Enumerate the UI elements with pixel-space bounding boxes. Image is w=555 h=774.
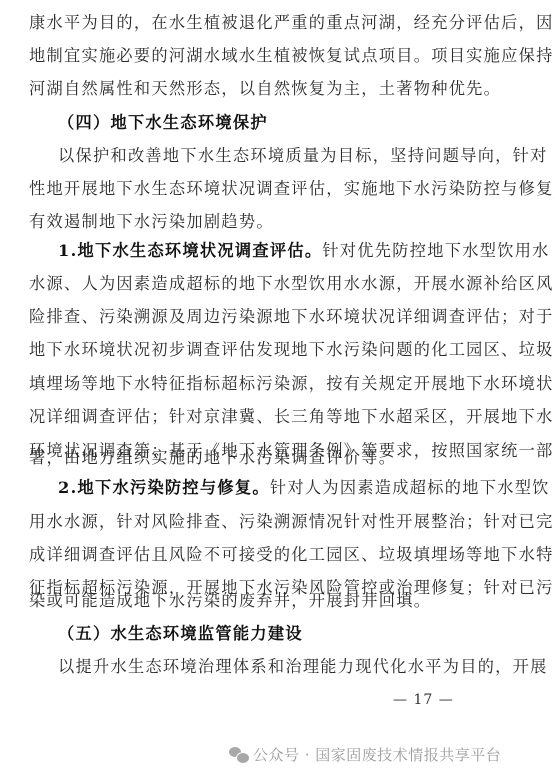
paragraph-line: 性地开展地下水生态环境状况调查评估，实施地下水污染防控与修复，: [29, 179, 459, 199]
page-number: — 17 —: [393, 692, 454, 708]
paragraph-line: 地制宜实施必要的河湖水域水生植被恢复试点项目。项目实施应保持: [29, 46, 459, 66]
document-page: 康水平为目的，在水生植被退化严重的重点河湖，经充分评估后，因 地制宜实施必要的河…: [0, 0, 555, 774]
item-2-first-line: 2.地下水污染防控与修复。针对人为因素造成超标的地下水型饮: [58, 478, 488, 498]
paragraph-line: 署，由地方组织实施的地下水污染调查评价等。: [29, 448, 459, 468]
paragraph-line: 以提升水生态环境治理体系和治理能力现代化水平为目的，开展: [58, 657, 488, 677]
paragraph-line: 地下水环境状况初步调查评估发现地下水污染问题的化工园区、垃圾: [29, 340, 459, 360]
watermark-text: 公众号 · 国家固废技术情报共享平台: [253, 744, 501, 765]
paragraph-line: 以保护和改善地下水生态环境质量为目标，坚持问题导向，针对: [58, 146, 488, 166]
watermark: 公众号 · 国家固废技术情报共享平台: [229, 744, 501, 765]
paragraph-line: 险排查、污染溯源及周边污染源地下水环境状况详细调查评估；对于: [29, 307, 459, 327]
paragraph-line: 康水平为目的，在水生植被退化严重的重点河湖，经充分评估后，因: [29, 13, 459, 33]
section-heading-4: （四）地下水生态环境保护: [58, 113, 488, 133]
paragraph-line: 况详细调查评估；针对京津冀、长三角等地下水超采区，开展地下水: [29, 407, 459, 427]
section-heading-5: （五）水生态环境监管能力建设: [58, 624, 488, 644]
wechat-icon: [229, 747, 249, 763]
paragraph-line: 用水水源，针对风险排查、污染溯源情况针对性开展整治；针对已完: [29, 512, 459, 532]
paragraph-line: 河湖自然属性和天然形态，以自然恢复为主，土著物种优先。: [29, 79, 459, 99]
paragraph-line: 染或可能造成地下水污染的废弃井，开展封井回填。: [29, 591, 459, 611]
paragraph-line: 有效遏制地下水污染加剧趋势。: [29, 212, 459, 232]
item-1-title: 1.地下水生态环境状况调查评估。: [58, 241, 322, 260]
item-1-first-line: 1.地下水生态环境状况调查评估。针对优先防控地下水型饮用水: [58, 241, 488, 261]
paragraph-line: 填埋场等地下水特征指标超标污染源，按有关规定开展地下水环境状: [29, 374, 459, 394]
item-2-text: 针对人为因素造成超标的地下水型饮: [270, 478, 550, 497]
item-1-text: 针对优先防控地下水型饮用水: [322, 241, 549, 260]
paragraph-line: 水源、人为因素造成超标的地下水型饮用水水源，开展水源补给区风: [29, 274, 459, 294]
item-2-title: 2.地下水污染防控与修复。: [58, 478, 270, 497]
paragraph-line: 成详细调查评估且风险不可接受的化工园区、垃圾填埋场等地下水特: [29, 545, 459, 565]
